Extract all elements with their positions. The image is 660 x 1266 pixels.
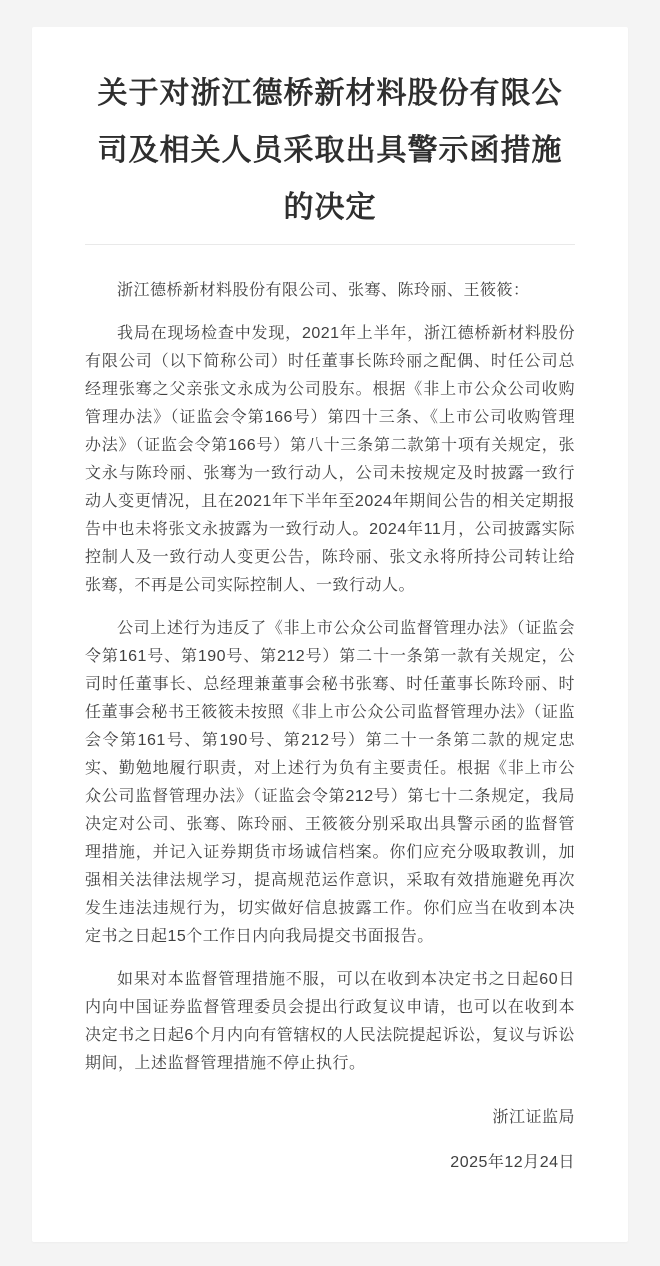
document-title: 关于对浙江德桥新材料股份有限公司及相关人员采取出具警示函措施的决定 bbox=[85, 65, 575, 236]
issue-date: 2025年12月24日 bbox=[85, 1149, 575, 1177]
paragraph-appeal-rights: 如果对本监督管理措施不服，可以在收到本决定书之日起60日内向中国证券监督管理委员… bbox=[85, 966, 575, 1078]
page-background: 关于对浙江德桥新材料股份有限公司及相关人员采取出具警示函措施的决定 浙江德桥新材… bbox=[0, 0, 660, 1266]
paragraph-findings: 我局在现场检查中发现，2021年上半年，浙江德桥新材料股份有限公司（以下简称公司… bbox=[85, 320, 575, 600]
issuer-signature: 浙江证监局 bbox=[85, 1104, 575, 1132]
document-card: 关于对浙江德桥新材料股份有限公司及相关人员采取出具警示函措施的决定 浙江德桥新材… bbox=[32, 27, 628, 1242]
title-divider bbox=[85, 244, 575, 245]
paragraph-decision: 公司上述行为违反了《非上市公众公司监督管理办法》（证监会令第161号、第190号… bbox=[85, 615, 575, 951]
salutation-line: 浙江德桥新材料股份有限公司、张骞、陈玲丽、王筱筱： bbox=[85, 277, 575, 305]
